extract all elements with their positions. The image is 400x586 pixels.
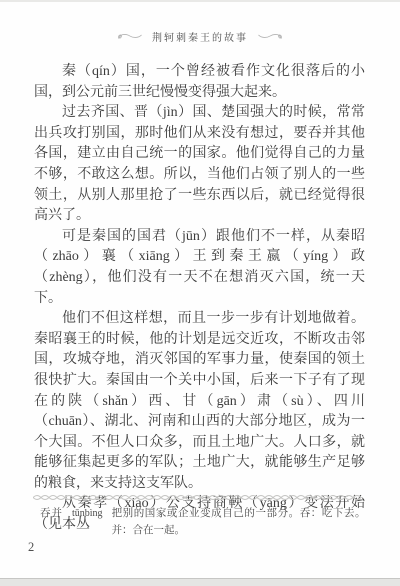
swirl-ornament-right-icon (257, 31, 283, 42)
footnote-divider-wave (33, 493, 367, 502)
footnote: 吞并 tūnbìng 把别的国家或企业变成自己的一部分。吞：吃下去。并：合在一起… (40, 506, 372, 539)
page-number: 2 (28, 540, 34, 555)
footnote-pinyin: tūnbìng (72, 506, 103, 523)
paragraph-2: 过去齐国、晋（jìn）国、楚国强大的时候，常常出兵攻打别国，那时他们从来没有想过… (34, 103, 365, 227)
footnote-term: 吞并 (40, 506, 63, 523)
paragraph-4: 他们不但这样想，而且一步一步有计划地做着。秦昭襄王的时候，他的计划是远交近攻，不… (34, 309, 365, 494)
swirl-ornament-left-icon (117, 31, 143, 42)
paragraph-1: 秦（qín）国，一个曾经被看作文化很落后的小国，到公元前三世纪慢慢变得强大起来。 (34, 62, 365, 103)
running-head-title: 荆轲刺秦王的故事 (152, 29, 248, 44)
book-page: 荆轲刺秦王的故事 秦（qín）国，一个曾经被看作文化很落后的小国，到公元前三世纪… (0, 0, 400, 586)
paragraph-3: 可是秦国的国君（jūn）跟他们不一样，从秦昭（zhāo）襄（xiāng）王到秦王… (34, 227, 365, 309)
page-top-edge (0, 0, 400, 2)
page-bottom-edge (0, 578, 400, 586)
main-text-block: 秦（qín）国，一个曾经被看作文化很落后的小国，到公元前三世纪慢慢变得强大起来。… (34, 62, 365, 536)
footnote-definition: 把别的国家或企业变成自己的一部分。吞：吃下去。并：合在一起。 (112, 506, 366, 539)
running-head: 荆轲刺秦王的故事 (0, 29, 400, 44)
